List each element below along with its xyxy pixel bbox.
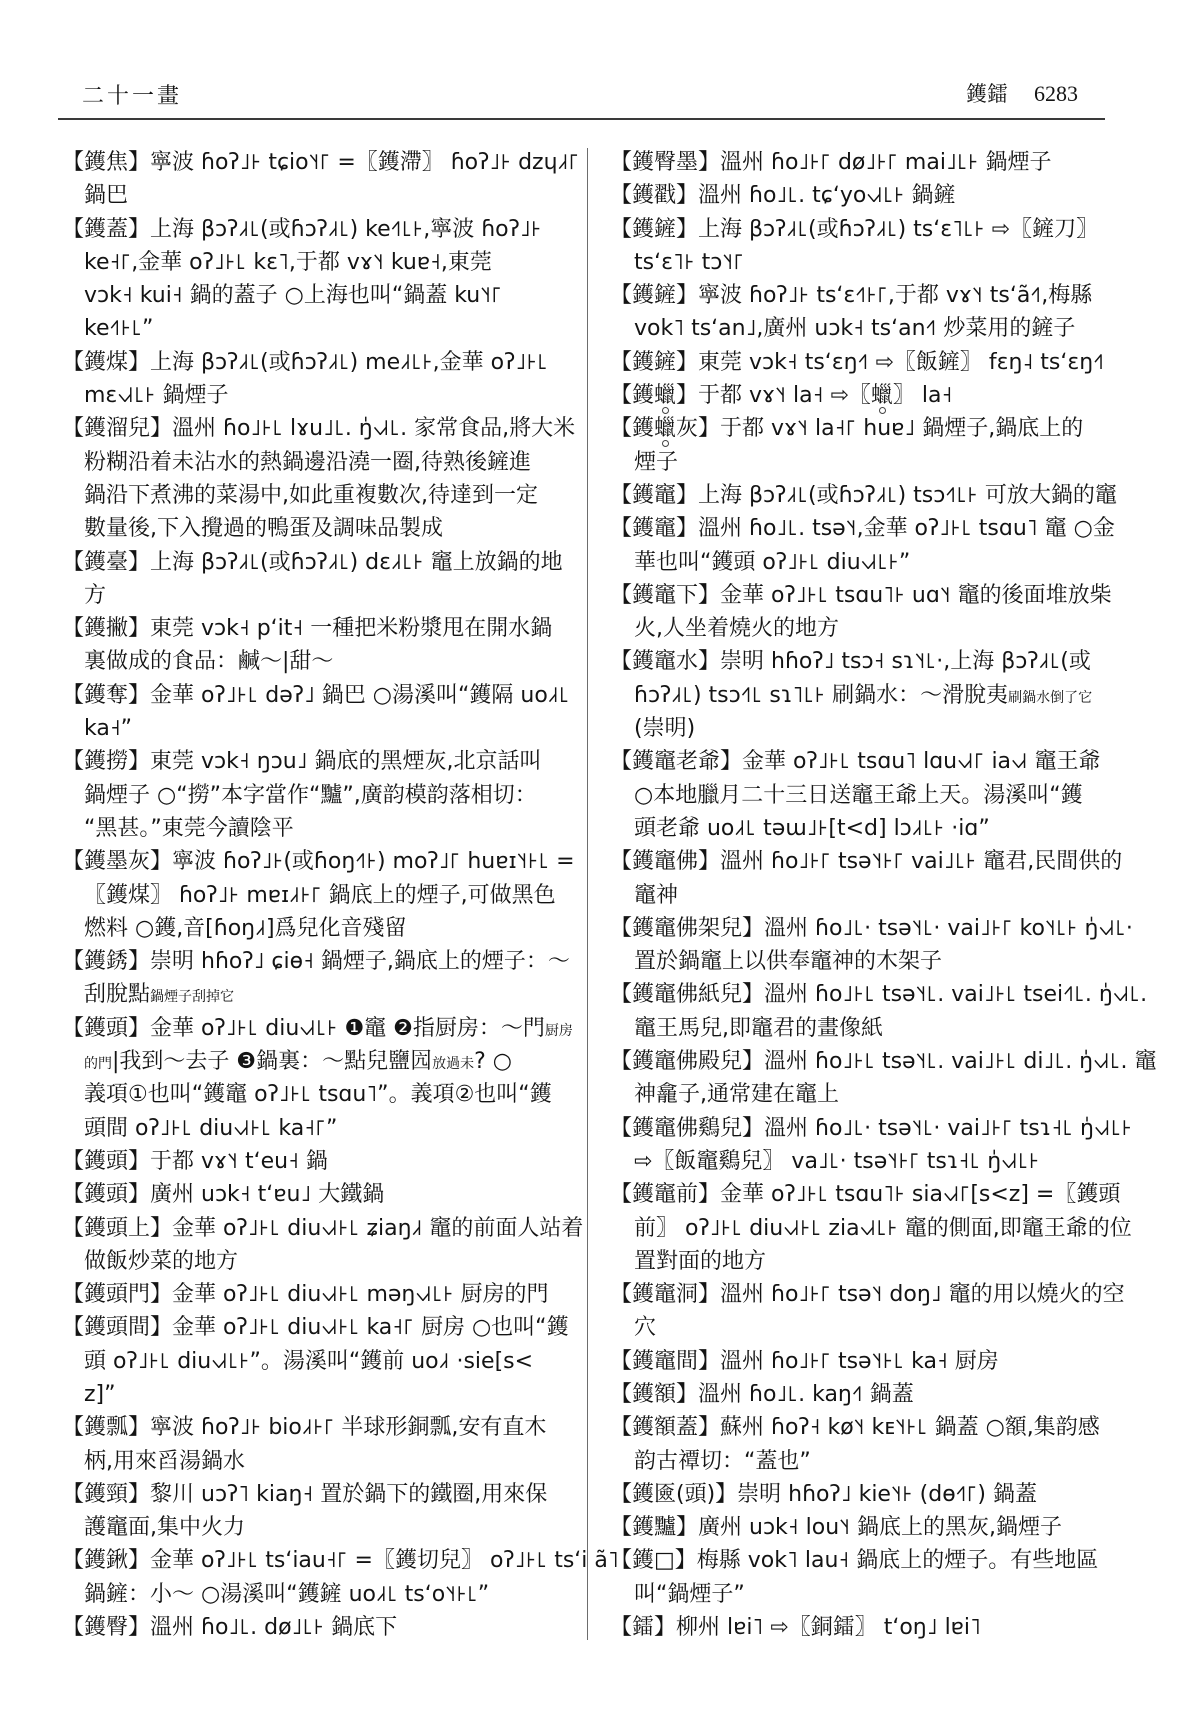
entry-first-line: 【鑊鏟】東莞 vɔk˧ tsʻɛŋ˧˥ ⇨〖飯鏟〗 fɛŋ˨ tsʻɛŋ˧˥: [610, 346, 1130, 379]
entry-headword: 【鑊匳(頭)】: [610, 1482, 737, 1507]
text-run: 于都 vɤ˥˧ la˧ ⇨〖: [698, 383, 871, 408]
dictionary-entry: 【鑊額蓋】蘇州 ɦoʔ˧ kø˥˧ kᴇ˥˧꜔꜖ 鍋蓋 ○額,集韵感韵古禫切：“…: [610, 1411, 1130, 1478]
entry-headword: 【鑊黸】: [610, 1515, 698, 1540]
text-run: 【鑊黸】: [610, 1515, 698, 1540]
entry-first-line: 【鑊戳】溫州 ɦo˩꜖. tɕʻyo˧˩˧꜖꜔ 鍋鏟: [610, 179, 1130, 212]
text-run: 【鑊額】: [610, 1382, 698, 1407]
entry-continuation-line: 頭間 oʔ˩꜔꜖ diu˧˩˧꜔꜖ ka˧꜒”: [62, 1112, 582, 1145]
section-heading-stroke-count: 二十一畫: [82, 83, 182, 111]
text-run: 崇明 hɦoʔ˩ ɕiɵ˧ 鍋煙子,鍋底上的煙子：～: [150, 949, 570, 974]
dictionary-entry: 【鑊煤】上海 βɔʔ˩˧꜖(或ɦɔʔ˩˧꜖) me˩˧꜖꜔,金華 oʔ˩꜔꜖mɛ…: [62, 346, 582, 413]
text-run: 于都 vɤ˥˧ la˧꜒ huɐ˩ 鍋煙子,鍋底上的: [720, 416, 1083, 441]
entry-first-line: 【鑊竈老爺】金華 oʔ˩꜔꜖ tsɑu˥ lɑu˧˩˧꜒ ia˧˩˧ 竈王爺: [610, 745, 1130, 778]
text-run: 寧波 ɦoʔ˩꜔ tsʻɛ˧˥꜔꜒,于都 vɤ˥˧ tsʻã˧˥,梅縣: [698, 283, 1092, 308]
entry-continuation-line: 燃料 ○鑊,音[ɦoŋ˩˧]爲兒化音殘留: [62, 912, 582, 945]
entry-headword: 【鑊戳】: [610, 183, 698, 208]
text-run: 【鑊匳(頭)】: [610, 1482, 737, 1507]
entry-first-line: 【鑊頭】廣州 uɔk˧ tʻɐu˩ 大鐵鍋: [62, 1178, 582, 1211]
entry-continuation-line: 華也叫“鑊頭 oʔ˩꜔꜖ diu˧˩˧꜖꜔”: [610, 546, 1130, 579]
dictionary-entry: 【鑊蠟灰】于都 vɤ˥˧ la˧꜒ huɐ˩ 鍋煙子,鍋底上的煙子: [610, 412, 1130, 479]
right-column: 【鑊臀墨】溫州 ɦo˩꜔꜒ dø˩꜔꜒ mai˩꜖꜔ 鍋煙子【鑊戳】溫州 ɦo˩…: [610, 146, 1130, 1644]
gloss-small-text: 厨房: [545, 1023, 573, 1039]
entry-headword: 【鑊奪】: [62, 683, 150, 708]
entry-continuation-line: 鍋沿下煮沸的菜湯中,如此重複數次,待達到一定: [62, 479, 582, 512]
entry-first-line: 【鑊竈】溫州 ɦo˩꜖. tsə˥˧,金華 oʔ˩꜔꜖ tsɑu˥ 竈 ○金: [610, 512, 1130, 545]
text-run: 【鑊臀】: [62, 1615, 150, 1640]
entry-continuation-line: 神龕子,通常建在竈上: [610, 1078, 1130, 1111]
text-run: 溫州 ɦo˩꜖· tsə˥˧꜖· vai˩꜔꜒ ko˥˧꜖꜔ ŋ̍˧˩˧꜖·: [764, 916, 1133, 941]
dictionary-entry: 【鑊鍬】金華 oʔ˩꜔꜖ tsʻiau˧꜒ =〖鑊切兒〗 oʔ˩꜔꜖ tsʻi …: [62, 1544, 582, 1611]
text-run: 金華 oʔ˩꜔꜖ diu˧˩˧꜔꜖ ka˧꜒ 厨房 ○也叫“鑊: [172, 1315, 569, 1340]
text-run: 溫州 ɦo˩꜔꜒ tsə˥˧꜔꜖ ka˧ 厨房: [720, 1349, 999, 1374]
text-run: 【鑊瓢】: [62, 1415, 150, 1440]
dictionary-entry: 【鑊竈老爺】金華 oʔ˩꜔꜖ tsɑu˥ lɑu˧˩˧꜒ ia˧˩˧ 竈王爺○本…: [610, 745, 1130, 845]
entry-headword: 【鑊撇】: [62, 616, 150, 641]
gloss-small-text: 放過未: [432, 1056, 474, 1072]
entry-continuation-line: 粉糊沿着未沾水的熱鍋邊沿澆一圈,待熟後鏟進: [62, 446, 582, 479]
entry-headword: 【鑊竈老爺】: [610, 749, 742, 774]
text-run: 【鑊銹】: [62, 949, 150, 974]
dictionary-entry: 【鑊臀】溫州 ɦo˩꜖. dø˩꜖꜔ 鍋底下: [62, 1611, 582, 1644]
dictionary-entry: 【鑊頭】金華 oʔ˩꜔꜖ diu˧˩˧꜖꜔ ❶竈 ❷指厨房：～門厨房的門|我到～…: [62, 1012, 582, 1145]
text-run: ? ○: [474, 1049, 512, 1074]
entry-headword: 【鑊臺】: [62, 550, 150, 575]
entry-first-line: 【鑊瓢】寧波 ɦoʔ˩꜔ bio˩˧꜔꜒ 半球形銅瓢,安有直木: [62, 1411, 582, 1444]
text-run: 柄,用來舀湯鍋水: [84, 1449, 245, 1474]
entry-continuation-line: (崇明): [610, 712, 1130, 745]
entry-first-line: 【鑊墨灰】寧波 ɦoʔ˩꜔(或ɦoŋ˧˥꜔) moʔ˩꜒ huɐɪ˥˧꜔꜖ =: [62, 845, 582, 878]
entry-continuation-line: 方: [62, 579, 582, 612]
entry-continuation-line: ɦɔʔ˩˧꜖) tsɔ˧˥꜖ sɿ˥꜖꜔ 刷鍋水：～滑脫夷刷鍋水倒了它: [610, 679, 1130, 712]
dictionary-entry: 【鑊鏟】寧波 ɦoʔ˩꜔ tsʻɛ˧˥꜔꜒,于都 vɤ˥˧ tsʻã˧˥,梅縣v…: [610, 279, 1130, 346]
entry-headword: 【鑊竈】: [610, 483, 698, 508]
text-run: 廣州 uɔk˧ tʻɐu˩ 大鐵鍋: [150, 1182, 384, 1207]
dictionary-entry: 【鑊竈水】崇明 hɦoʔ˩ tsɔ˧ sɿ˥˧꜖·,上海 βɔʔ˩˧꜖(或ɦɔʔ…: [610, 645, 1130, 745]
entry-continuation-line: ⇨〖飯竈鷄兒〗 va˩꜖· tsə˥˧꜔꜒ tsɿ˧꜖ ŋ̍˧˩˧꜖꜔: [610, 1145, 1130, 1178]
text-run: 鍋煙子 ○“撈”本字當作“黸”,廣韵模韵落相切：: [84, 783, 537, 808]
entry-first-line: 【鑊竈佛殿兒】溫州 ɦo˩꜔꜖ tsə˥˧꜖. vai˩꜔꜖ di˩꜖. ŋ̍˧…: [610, 1045, 1130, 1078]
entry-first-line: 【鑊□】梅縣 vok˥ lau˧ 鍋底上的煙子。有些地區: [610, 1544, 1130, 1577]
entry-headword: 【鑊額蓋】: [610, 1415, 720, 1440]
text-run: 溫州 ɦo˩꜔꜖ tsə˥˧꜖. vai˩꜔꜖ tsei˧˥꜖. ŋ̍˧˩˧꜖.: [764, 982, 1147, 1007]
entry-headword: 【鑊□】: [610, 1548, 697, 1573]
text-run: 韵古禫切：“蓋也”: [634, 1449, 811, 1474]
entry-continuation-line: ke˧˥꜔꜖”: [62, 312, 582, 345]
entry-first-line: 【鑊鏟】上海 βɔʔ˩˧꜖(或ɦɔʔ˩˧꜖) tsʻɛ˥꜖꜔ ⇨〖鏟刀〗: [610, 213, 1130, 246]
dictionary-entry: 【鑊竈洞】溫州 ɦo˩꜔꜒ tsə˥˧ doŋ˩ 竈的用以燒火的空穴: [610, 1278, 1130, 1345]
entry-headword: 【鑊竈佛】: [610, 849, 720, 874]
dictionary-entry: 【鑊頭上】金華 oʔ˩꜔꜖ diu˧˩˧꜔꜖ ʑiaŋ˩˧ 竈的前面人站着做飯炒…: [62, 1212, 582, 1279]
entry-headword: 【鑊竈前】: [610, 1182, 720, 1207]
entry-continuation-line: 〖鑊煤〗 ɦoʔ˩꜔ mɐɪ˩˧꜔꜒ 鍋底上的煙子,可做黑色: [62, 879, 582, 912]
text-run: 【鑊□】: [610, 1548, 697, 1573]
entry-headword: 【鑊蠟灰】: [610, 416, 720, 441]
entry-headword: 【鑊鏟】: [610, 217, 698, 242]
gloss-small-text: 鍋煙子刮掉它: [150, 989, 234, 1005]
dictionary-entry: 【鑊黸】廣州 uɔk˧ lou˥˧ 鍋底上的黑灰,鍋煙子: [610, 1511, 1130, 1544]
dictionary-entry: 【鑊頭間】金華 oʔ˩꜔꜖ diu˧˩˧꜔꜖ ka˧꜒ 厨房 ○也叫“鑊頭 oʔ…: [62, 1311, 582, 1411]
entry-continuation-line: 穴: [610, 1311, 1130, 1344]
text-run: 〗 la˧: [893, 383, 952, 408]
entry-first-line: 【鑊黸】廣州 uɔk˧ lou˥˧ 鍋底上的黑灰,鍋煙子: [610, 1511, 1130, 1544]
text-run: 溫州 ɦo˩꜔꜒ tsə˥˧ doŋ˩ 竈的用以燒火的空: [720, 1282, 1125, 1307]
text-run: 溫州 ɦo˩꜖. tɕʻyo˧˩˧꜖꜔ 鍋鏟: [698, 183, 955, 208]
entry-first-line: 【鑊蓋】上海 βɔʔ˩˧꜖(或ɦɔʔ˩˧꜖) ke˧˥꜖꜔,寧波 ɦoʔ˩꜔: [62, 213, 582, 246]
entry-continuation-line: 鍋巴: [62, 179, 582, 212]
text-run: 【鑊鏟】: [610, 283, 698, 308]
dictionary-entry: 【鑊頸】黎川 uɔʔ˥ kiaŋ˧ 置於鍋下的鐵圈,用來保護竈面,集中火力: [62, 1478, 582, 1545]
text-run: 【鑊撈】: [62, 749, 150, 774]
entry-continuation-line: vɔk˧ kui˧ 鍋的蓋子 ○上海也叫“鍋蓋 ku˥˧꜒: [62, 279, 582, 312]
entry-headword: 【鑊臀】: [62, 1615, 150, 1640]
dictionary-entry: 【鑊溜兒】溫州 ɦo˩꜔꜖ lɤu˩꜖. ŋ̍˧˩˧꜖. 家常食品,將大米粉糊沿…: [62, 412, 582, 545]
entry-continuation-line: 置對面的地方: [610, 1245, 1130, 1278]
entry-headword: 【鑊竈洞】: [610, 1282, 720, 1307]
entry-headword: 【鑊煤】: [62, 350, 150, 375]
entry-first-line: 【鑊頭】于都 vɤ˥˧ tʻeu˧ 鍋: [62, 1145, 582, 1178]
entry-headword: 【鑊鏟】: [610, 350, 698, 375]
dictionary-entry: 【鑊瓢】寧波 ɦoʔ˩꜔ bio˩˧꜔꜒ 半球形銅瓢,安有直木柄,用來舀湯鍋水: [62, 1411, 582, 1478]
text-run: 灰】: [676, 416, 720, 441]
dictionary-entry: 【鑊竈】上海 βɔʔ˩˧꜖(或ɦɔʔ˩˧꜖) tsɔ˧˥꜖꜔ 可放大鍋的竈: [610, 479, 1130, 512]
text-run: ke˧˥꜔꜖”: [84, 316, 153, 341]
text-run: 金華 oʔ˩꜔꜖ tsʻiau˧꜒ =〖鑊切兒〗 oʔ˩꜔꜖ tsʻi ã˥: [150, 1548, 619, 1573]
text-run: ⇨〖飯竈鷄兒〗 va˩꜖· tsə˥˧꜔꜒ tsɿ˧꜖ ŋ̍˧˩˧꜖꜔: [634, 1149, 1039, 1174]
char-with-circle-mark: 蠟: [654, 412, 676, 445]
entry-headword: 【鑊竈間】: [610, 1349, 720, 1374]
text-run: 溫州 ɦo˩꜖· tsə˥˧꜖· vai˩꜔꜒ tsɿ˧꜖ ŋ̍˧˩˧꜖꜔: [764, 1116, 1132, 1141]
left-column: 【鑊焦】寧波 ɦoʔ˩꜔ tɕio˥˧꜒ =〖鑊滯〗 ɦoʔ˩꜔ dzɥ˩˧꜒鍋…: [62, 146, 582, 1644]
entry-continuation-line: 煙子: [610, 446, 1130, 479]
text-run: 上海 βɔʔ˩˧꜖(或ɦɔʔ˩˧꜖) tsɔ˧˥꜖꜔ 可放大鍋的竈: [698, 483, 1117, 508]
entry-continuation-line: “黑甚。”東莞今讀陰平: [62, 812, 582, 845]
text-run: 崇明 hɦoʔ˩ tsɔ˧ sɿ˥˧꜖·,上海 βɔʔ˩˧꜖(或: [720, 649, 1091, 674]
text-run: 【鑊煤】: [62, 350, 150, 375]
text-run: 頭老爺 uo˩˧꜖ təɯ˩꜔[t<d] lɔ˩˧꜖꜔ ·iɑ”: [634, 816, 990, 841]
dictionary-entry: 【鑊□】梅縣 vok˥ lau˧ 鍋底上的煙子。有些地區叫“鍋煙子”: [610, 1544, 1130, 1611]
text-run: vɔk˧ kui˧ 鍋的蓋子 ○上海也叫“鍋蓋 ku˥˧꜒: [84, 283, 502, 308]
dictionary-entry: 【鑊奪】金華 oʔ˩꜔꜖ dəʔ˩ 鍋巴 ○湯溪叫“鑊隔 uo˩˧꜖ka˧”: [62, 679, 582, 746]
text-run: 梅縣 vok˥ lau˧ 鍋底上的煙子。有些地區: [697, 1548, 1098, 1573]
text-run: 【鑊竈洞】: [610, 1282, 720, 1307]
entry-first-line: 【鑊頭門】金華 oʔ˩꜔꜖ diu˧˩˧꜔꜖ məŋ˧˩˧꜖꜔ 厨房的門: [62, 1278, 582, 1311]
text-run: 【鑊鍬】: [62, 1548, 150, 1573]
entry-first-line: 【鑊溜兒】溫州 ɦo˩꜔꜖ lɤu˩꜖. ŋ̍˧˩˧꜖. 家常食品,將大米: [62, 412, 582, 445]
text-run: 頭間 oʔ˩꜔꜖ diu˧˩˧꜔꜖ ka˧꜒”: [84, 1116, 337, 1141]
dictionary-entry: 【鑊鏟】上海 βɔʔ˩˧꜖(或ɦɔʔ˩˧꜖) tsʻɛ˥꜖꜔ ⇨〖鏟刀〗tsʻɛ…: [610, 213, 1130, 280]
entry-first-line: 【鑊竈佛】溫州 ɦo˩꜔꜒ tsə˥˧꜔꜒ vai˩꜖꜔ 竈君,民間供的: [610, 845, 1130, 878]
text-run: 寧波 ɦoʔ˩꜔(或ɦoŋ˧˥꜔) moʔ˩꜒ huɐɪ˥˧꜔꜖ =: [172, 849, 575, 874]
entry-first-line: 【鑊鏟】寧波 ɦoʔ˩꜔ tsʻɛ˧˥꜔꜒,于都 vɤ˥˧ tsʻã˧˥,梅縣: [610, 279, 1130, 312]
entry-first-line: 【鑊臀墨】溫州 ɦo˩꜔꜒ dø˩꜔꜒ mai˩꜖꜔ 鍋煙子: [610, 146, 1130, 179]
entry-first-line: 【鑊竈】上海 βɔʔ˩˧꜖(或ɦɔʔ˩˧꜖) tsɔ˧˥꜖꜔ 可放大鍋的竈: [610, 479, 1130, 512]
entry-continuation-line: 刮脫點鍋煙子刮掉它: [62, 978, 582, 1011]
text-run: 【鑊額蓋】: [610, 1415, 720, 1440]
dictionary-entry: 【鑊竈間】溫州 ɦo˩꜔꜒ tsə˥˧꜔꜖ ka˧ 厨房: [610, 1345, 1130, 1378]
text-run: 寧波 ɦoʔ˩꜔ tɕio˥˧꜒ =〖鑊滯〗 ɦoʔ˩꜔ dzɥ˩˧꜒: [150, 150, 579, 175]
text-run: 煙子: [634, 450, 678, 475]
text-run: 【鑊鏟】: [610, 350, 698, 375]
gloss-small-text: 刷鍋水倒了它: [1008, 690, 1092, 706]
dictionary-entry: 【鑊竈佛鷄兒】溫州 ɦo˩꜖· tsə˥˧꜖· vai˩꜔꜒ tsɿ˧꜖ ŋ̍˧…: [610, 1112, 1130, 1179]
text-run: 【鐳】: [610, 1615, 676, 1640]
dictionary-entry: 【鑊竈】溫州 ɦo˩꜖. tsə˥˧,金華 oʔ˩꜔꜖ tsɑu˥ 竈 ○金華也…: [610, 512, 1130, 579]
dictionary-entry: 【鑊銹】崇明 hɦoʔ˩ ɕiɵ˧ 鍋煙子,鍋底上的煙子：～刮脫點鍋煙子刮掉它: [62, 945, 582, 1012]
entry-headword: 【鑊頭】: [62, 1016, 150, 1041]
text-run: 【鑊竈佛殿兒】: [610, 1049, 764, 1074]
entry-continuation-line: 數量後,下入攪過的鴨蛋及調味品製成: [62, 512, 582, 545]
text-run: 上海 βɔʔ˩˧꜖(或ɦɔʔ˩˧꜖) me˩˧꜖꜔,金華 oʔ˩꜔꜖: [150, 350, 548, 375]
dictionary-entry: 【鑊竈下】金華 oʔ˩꜔꜖ tsɑu˥꜔ uɑ˥˧ 竈的後面堆放柴火,人坐着燒火…: [610, 579, 1130, 646]
entry-first-line: 【鑊煤】上海 βɔʔ˩˧꜖(或ɦɔʔ˩˧꜖) me˩˧꜖꜔,金華 oʔ˩꜔꜖: [62, 346, 582, 379]
text-run: tsʻɛ˥꜔ tɔ˥˧꜒: [634, 250, 744, 275]
entry-headword: 【鑊蠟】: [610, 383, 698, 408]
running-header: 鑊鐳6283: [966, 80, 1078, 108]
dictionary-entry: 【鑊頭】于都 vɤ˥˧ tʻeu˧ 鍋: [62, 1145, 582, 1178]
entry-continuation-line: 的門|我到～去子 ❸鍋裏：～點兒鹽囥放過未? ○: [62, 1045, 582, 1078]
entry-headword: 【鑊竈下】: [610, 583, 720, 608]
text-run: 【鑊焦】: [62, 150, 150, 175]
text-run: 金華 oʔ˩꜔꜖ diu˧˩˧꜔꜖ ʑiaŋ˩˧ 竈的前面人站着: [172, 1216, 583, 1241]
text-run: 溫州 ɦo˩꜖. dø˩꜖꜔ 鍋底下: [150, 1615, 397, 1640]
entry-first-line: 【鑊竈水】崇明 hɦoʔ˩ tsɔ˧ sɿ˥˧꜖·,上海 βɔʔ˩˧꜖(或: [610, 645, 1130, 678]
entry-first-line: 【鑊竈洞】溫州 ɦo˩꜔꜒ tsə˥˧ doŋ˩ 竈的用以燒火的空: [610, 1278, 1130, 1311]
text-run: 粉糊沿着未沾水的熱鍋邊沿澆一圈,待熟後鏟進: [84, 450, 531, 475]
entry-continuation-line: 頭 oʔ˩꜔꜖ diu˧˩˧꜖꜔”。湯溪叫“鑊前 uo˩˧ ·sie[s<: [62, 1345, 582, 1378]
header-rule-divider: [58, 118, 1105, 120]
text-run: 燃料 ○鑊,音[ɦoŋ˩˧]爲兒化音殘留: [84, 916, 407, 941]
entry-continuation-line: tsʻɛ˥꜔ tɔ˥˧꜒: [610, 246, 1130, 279]
dictionary-entry: 【鑊竈佛架兒】溫州 ɦo˩꜖· tsə˥˧꜖· vai˩꜔꜒ ko˥˧꜖꜔ ŋ̍…: [610, 912, 1130, 979]
entry-first-line: 【鑊頸】黎川 uɔʔ˥ kiaŋ˧ 置於鍋下的鐵圈,用來保: [62, 1478, 582, 1511]
text-run: 【鑊竈老爺】: [610, 749, 742, 774]
text-run: 【鑊竈】: [610, 516, 698, 541]
text-run: 頭 oʔ˩꜔꜖ diu˧˩˧꜖꜔”。湯溪叫“鑊前 uo˩˧ ·sie[s<: [84, 1349, 533, 1374]
dictionary-entry: 【鑊焦】寧波 ɦoʔ˩꜔ tɕio˥˧꜒ =〖鑊滯〗 ɦoʔ˩꜔ dzɥ˩˧꜒鍋…: [62, 146, 582, 213]
page-number: 6283: [1034, 81, 1078, 106]
entry-continuation-line: vok˥ tsʻan˩,廣州 uɔk˧ tsʻan˧˥ 炒菜用的鏟子: [610, 312, 1130, 345]
entry-first-line: 【鑊竈佛紙兒】溫州 ɦo˩꜔꜖ tsə˥˧꜖. vai˩꜔꜖ tsei˧˥꜖. …: [610, 978, 1130, 1011]
entry-headword: 【鑊鏟】: [610, 283, 698, 308]
text-run: 寧波 ɦoʔ˩꜔ bio˩˧꜔꜒ 半球形銅瓢,安有直木: [150, 1415, 546, 1440]
text-run: ke˧꜒,金華 oʔ˩꜔꜖ kɛ˥,于都 vɤ˥˧ kuɐ˧,東莞: [84, 250, 492, 275]
entry-first-line: 【鑊竈佛鷄兒】溫州 ɦo˩꜖· tsə˥˧꜖· vai˩꜔꜒ tsɿ˧꜖ ŋ̍˧…: [610, 1112, 1130, 1145]
entry-headword: 【鑊蓋】: [62, 217, 150, 242]
entry-continuation-line: 置於鍋竈上以供奉竈神的木架子: [610, 945, 1130, 978]
text-run: 神龕子,通常建在竈上: [634, 1082, 839, 1107]
text-run: 鍋沿下煮沸的菜湯中,如此重複數次,待達到一定: [84, 483, 538, 508]
text-run: 東莞 vɔk˧ pʻit˧ 一種把米粉漿甩在開水鍋: [150, 616, 552, 641]
entry-headword: 【鑊頸】: [62, 1482, 150, 1507]
text-run: 【鑊竈】: [610, 483, 698, 508]
entry-headword: 【鑊鍬】: [62, 1548, 150, 1573]
entry-headword: 【鑊竈】: [610, 516, 698, 541]
entry-continuation-line: 竈王馬兒,即竈君的畫像紙: [610, 1012, 1130, 1045]
text-run: 裏做成的食品：鹹～|甜～: [84, 649, 333, 674]
text-run: 【鑊頸】: [62, 1482, 150, 1507]
text-run: 金華 oʔ˩꜔꜖ tsɑu˥꜔ uɑ˥˧ 竈的後面堆放柴: [720, 583, 1112, 608]
entry-first-line: 【鑊焦】寧波 ɦoʔ˩꜔ tɕio˥˧꜒ =〖鑊滯〗 ɦoʔ˩꜔ dzɥ˩˧꜒: [62, 146, 582, 179]
text-run: 【鑊頭】: [62, 1182, 150, 1207]
text-run: 上海 βɔʔ˩˧꜖(或ɦɔʔ˩˧꜖) ke˧˥꜖꜔,寧波 ɦoʔ˩꜔: [150, 217, 542, 242]
dictionary-entry: 【鑊額】溫州 ɦo˩꜖. kaŋ˧˥ 鍋蓋: [610, 1378, 1130, 1411]
dictionary-entry: 【鑊鏟】東莞 vɔk˧ tsʻɛŋ˧˥ ⇨〖飯鏟〗 fɛŋ˨ tsʻɛŋ˧˥: [610, 346, 1130, 379]
text-run: (崇明): [634, 716, 695, 741]
entry-continuation-line: z]”: [62, 1378, 582, 1411]
text-run: 溫州 ɦo˩꜔꜒ tsə˥˧꜔꜒ vai˩꜖꜔ 竈君,民間供的: [720, 849, 1122, 874]
entry-headword: 【鑊頭間】: [62, 1315, 172, 1340]
entry-headword: 【鑊額】: [610, 1382, 698, 1407]
entry-first-line: 【鑊匳(頭)】崇明 hɦoʔ˩ kie˥˧꜔ (dɵ˧˥꜒) 鍋蓋: [610, 1478, 1130, 1511]
text-run: ka˧”: [84, 716, 132, 741]
entry-first-line: 【鑊竈下】金華 oʔ˩꜔꜖ tsɑu˥꜔ uɑ˥˧ 竈的後面堆放柴: [610, 579, 1130, 612]
entry-continuation-line: 柄,用來舀湯鍋水: [62, 1445, 582, 1478]
entry-continuation-line: 做飯炒菜的地方: [62, 1245, 582, 1278]
text-run: 鍋鏟：小～ ○湯溪叫“鑊鏟 uo˩˧꜖ tsʻo˥˧꜔꜖”: [84, 1582, 489, 1607]
entry-headword: 【鑊墨灰】: [62, 849, 172, 874]
text-run: ○本地臘月二十三日送竈王爺上天。湯溪叫“鑊: [634, 783, 1083, 808]
text-run: 刮脫點: [84, 982, 150, 1007]
entry-continuation-line: ka˧”: [62, 712, 582, 745]
entry-continuation-line: 裏做成的食品：鹹～|甜～: [62, 645, 582, 678]
entry-first-line: 【鑊竈佛架兒】溫州 ɦo˩꜖· tsə˥˧꜖· vai˩꜔꜒ ko˥˧꜖꜔ ŋ̍…: [610, 912, 1130, 945]
dictionary-entry: 【鑊撈】東莞 vɔk˧ ŋɔu˩ 鍋底的黑煙灰,北京話叫鍋煙子 ○“撈”本字當作…: [62, 745, 582, 845]
text-run: 金華 oʔ˩꜔꜖ tsɑu˥ lɑu˧˩˧꜒ ia˧˩˧ 竈王爺: [742, 749, 1101, 774]
entry-headword: 【鑊竈佛殿兒】: [610, 1049, 764, 1074]
text-run: 數量後,下入攪過的鴨蛋及調味品製成: [84, 516, 443, 541]
text-run: 金華 oʔ˩꜔꜖ diu˧˩˧꜖꜔ ❶竈 ❷指厨房：～門: [150, 1016, 545, 1041]
dictionary-entry: 【鑊臀墨】溫州 ɦo˩꜔꜒ dø˩꜔꜒ mai˩꜖꜔ 鍋煙子: [610, 146, 1130, 179]
entry-headword: 【鑊頭上】: [62, 1216, 172, 1241]
text-run: 金華 oʔ˩꜔꜖ diu˧˩˧꜔꜖ məŋ˧˩˧꜖꜔ 厨房的門: [172, 1282, 549, 1307]
dictionary-entry: 【鑊竈佛】溫州 ɦo˩꜔꜒ tsə˥˧꜔꜒ vai˩꜖꜔ 竈君,民間供的竈神: [610, 845, 1130, 912]
entry-first-line: 【鑊臺】上海 βɔʔ˩˧꜖(或ɦɔʔ˩˧꜖) dɛ˩˧꜖꜔ 竈上放鍋的地: [62, 546, 582, 579]
text-run: 華也叫“鑊頭 oʔ˩꜔꜖ diu˧˩˧꜖꜔”: [634, 550, 910, 575]
entry-continuation-line: 義項①也叫“鑊竈 oʔ˩꜔꜖ tsɑu˥”。義項②也叫“鑊: [62, 1078, 582, 1111]
text-run: 金華 oʔ˩꜔꜖ dəʔ˩ 鍋巴 ○湯溪叫“鑊隔 uo˩˧꜖: [150, 683, 569, 708]
dictionary-entry: 【鑊戳】溫州 ɦo˩꜖. tɕʻyo˧˩˧꜖꜔ 鍋鏟: [610, 179, 1130, 212]
dictionary-entry: 【鑊竈前】金華 oʔ˩꜔꜖ tsɑu˥꜔ sia˧˩˧꜒[s<z] =〖鑊頭前〗…: [610, 1178, 1130, 1278]
entry-first-line: 【鑊撇】東莞 vɔk˧ pʻit˧ 一種把米粉漿甩在開水鍋: [62, 612, 582, 645]
text-run: 義項①也叫“鑊竈 oʔ˩꜔꜖ tsɑu˥”。義項②也叫“鑊: [84, 1082, 552, 1107]
text-run: 溫州 ɦo˩꜔꜖ tsə˥˧꜖. vai˩꜔꜖ di˩꜖. ŋ̍˧˩˧꜖. 竈: [764, 1049, 1156, 1074]
text-run: 【鑊頭門】: [62, 1282, 172, 1307]
text-run: 【鑊頭間】: [62, 1315, 172, 1340]
text-run: z]”: [84, 1382, 116, 1407]
char-with-circle-mark: 蠟: [654, 379, 676, 412]
text-run: “黑甚。”東莞今讀陰平: [84, 816, 294, 841]
text-run: 置對面的地方: [634, 1249, 766, 1274]
entry-first-line: 【鑊頭上】金華 oʔ˩꜔꜖ diu˧˩˧꜔꜖ ʑiaŋ˩˧ 竈的前面人站着: [62, 1212, 582, 1245]
dictionary-entry: 【鐳】柳州 lɐi˥ ⇨〖銅鐳〗 tʻoŋ˩ lɐi˥: [610, 1611, 1130, 1644]
dictionary-entry: 【鑊頭】廣州 uɔk˧ tʻɐu˩ 大鐵鍋: [62, 1178, 582, 1211]
dictionary-entry: 【鑊蓋】上海 βɔʔ˩˧꜖(或ɦɔʔ˩˧꜖) ke˧˥꜖꜔,寧波 ɦoʔ˩꜔ke…: [62, 213, 582, 346]
entry-headword: 【鑊撈】: [62, 749, 150, 774]
entry-headword: 【鑊竈佛鷄兒】: [610, 1116, 764, 1141]
text-run: 竈神: [634, 883, 678, 908]
running-head-characters: 鑊鐳: [966, 82, 1008, 106]
entry-headword: 【鑊銹】: [62, 949, 150, 974]
text-run: 【鑊奪】: [62, 683, 150, 708]
text-run: 東莞 vɔk˧ ŋɔu˩ 鍋底的黑煙灰,北京話叫: [150, 749, 542, 774]
text-run: 蘇州 ɦoʔ˧ kø˥˧ kᴇ˥˧꜔꜖ 鍋蓋 ○額,集韵感: [720, 1415, 1100, 1440]
entry-first-line: 【鑊額蓋】蘇州 ɦoʔ˧ kø˥˧ kᴇ˥˧꜔꜖ 鍋蓋 ○額,集韵感: [610, 1411, 1130, 1444]
text-run: mɛ˧˩˧꜖꜔ 鍋煙子: [84, 383, 229, 408]
dictionary-entry: 【鑊匳(頭)】崇明 hɦoʔ˩ kie˥˧꜔ (dɵ˧˥꜒) 鍋蓋: [610, 1478, 1130, 1511]
text-run: 【鑊: [610, 383, 654, 408]
dictionary-entry: 【鑊竈佛紙兒】溫州 ɦo˩꜔꜖ tsə˥˧꜖. vai˩꜔꜖ tsei˧˥꜖. …: [610, 978, 1130, 1045]
text-run: 【鑊竈佛】: [610, 849, 720, 874]
text-run: 【鑊竈前】: [610, 1182, 720, 1207]
entry-headword: 【鑊溜兒】: [62, 416, 172, 441]
text-run: 廣州 uɔk˧ lou˥˧ 鍋底上的黑灰,鍋煙子: [698, 1515, 1062, 1540]
text-run: 火,人坐着燒火的地方: [634, 616, 839, 641]
text-run: 金華 oʔ˩꜔꜖ tsɑu˥꜔ sia˧˩˧꜒[s<z] =〖鑊頭: [720, 1182, 1120, 1207]
text-run: 【鑊溜兒】: [62, 416, 172, 441]
entry-first-line: 【鐳】柳州 lɐi˥ ⇨〖銅鐳〗 tʻoŋ˩ lɐi˥: [610, 1611, 1130, 1644]
entry-continuation-line: ke˧꜒,金華 oʔ˩꜔꜖ kɛ˥,于都 vɤ˥˧ kuɐ˧,東莞: [62, 246, 582, 279]
text-run: 崇明 hɦoʔ˩ kie˥˧꜔ (dɵ˧˥꜒) 鍋蓋: [737, 1482, 1037, 1507]
dictionary-entry: 【鑊臺】上海 βɔʔ˩˧꜖(或ɦɔʔ˩˧꜖) dɛ˩˧꜖꜔ 竈上放鍋的地方: [62, 546, 582, 613]
entry-continuation-line: 叫“鍋煙子”: [610, 1578, 1130, 1611]
entry-first-line: 【鑊竈前】金華 oʔ˩꜔꜖ tsɑu˥꜔ sia˧˩˧꜒[s<z] =〖鑊頭: [610, 1178, 1130, 1211]
dictionary-entry: 【鑊竈佛殿兒】溫州 ɦo˩꜔꜖ tsə˥˧꜖. vai˩꜔꜖ di˩꜖. ŋ̍˧…: [610, 1045, 1130, 1112]
entry-continuation-line: 前〗 oʔ˩꜔꜖ diu˧˩˧꜔꜖ zia˧˩˧꜖꜔ 竈的側面,即竈王爺的位: [610, 1212, 1130, 1245]
text-run: 】: [676, 383, 698, 408]
text-run: ɦɔʔ˩˧꜖) tsɔ˧˥꜖ sɿ˥꜖꜔ 刷鍋水：～滑脫夷: [634, 683, 1008, 708]
text-run: 穴: [634, 1315, 656, 1340]
entry-continuation-line: 竈神: [610, 879, 1130, 912]
entry-headword: 【鑊瓢】: [62, 1415, 150, 1440]
dictionary-page: 二十一畫 鑊鐳6283 【鑊焦】寧波 ɦoʔ˩꜔ tɕio˥˧꜒ =〖鑊滯〗 ɦ…: [0, 0, 1200, 1724]
text-run: 黎川 uɔʔ˥ kiaŋ˧ 置於鍋下的鐵圈,用來保: [150, 1482, 547, 1507]
text-run: 前〗 oʔ˩꜔꜖ diu˧˩˧꜔꜖ zia˧˩˧꜖꜔ 竈的側面,即竈王爺的位: [634, 1216, 1132, 1241]
entry-headword: 【鑊頭門】: [62, 1282, 172, 1307]
text-run: 溫州 ɦo˩꜔꜒ dø˩꜔꜒ mai˩꜖꜔ 鍋煙子: [720, 150, 1051, 175]
text-run: 方: [84, 583, 106, 608]
entry-headword: 【鑊竈水】: [610, 649, 720, 674]
dictionary-entry: 【鑊頭門】金華 oʔ˩꜔꜖ diu˧˩˧꜔꜖ məŋ˧˩˧꜖꜔ 厨房的門: [62, 1278, 582, 1311]
dictionary-entry: 【鑊撇】東莞 vɔk˧ pʻit˧ 一種把米粉漿甩在開水鍋裏做成的食品：鹹～|甜…: [62, 612, 582, 679]
text-run: 柳州 lɐi˥ ⇨〖銅鐳〗 tʻoŋ˩ lɐi˥: [676, 1615, 981, 1640]
text-run: 【鑊頭】: [62, 1016, 150, 1041]
text-run: 【鑊竈佛鷄兒】: [610, 1116, 764, 1141]
entry-continuation-line: 火,人坐着燒火的地方: [610, 612, 1130, 645]
entry-first-line: 【鑊額】溫州 ɦo˩꜖. kaŋ˧˥ 鍋蓋: [610, 1378, 1130, 1411]
entry-headword: 【鑊焦】: [62, 150, 150, 175]
text-run: 上海 βɔʔ˩˧꜖(或ɦɔʔ˩˧꜖) dɛ˩˧꜖꜔ 竈上放鍋的地: [150, 550, 563, 575]
text-run: 置於鍋竈上以供奉竈神的木架子: [634, 949, 942, 974]
entry-first-line: 【鑊頭間】金華 oʔ˩꜔꜖ diu˧˩˧꜔꜖ ka˧꜒ 厨房 ○也叫“鑊: [62, 1311, 582, 1344]
text-run: 于都 vɤ˥˧ tʻeu˧ 鍋: [150, 1149, 328, 1174]
entry-headword: 【鑊竈佛紙兒】: [610, 982, 764, 1007]
entry-headword: 【鑊竈佛架兒】: [610, 916, 764, 941]
text-run: 【鑊撇】: [62, 616, 150, 641]
text-run: 【鑊墨灰】: [62, 849, 172, 874]
entry-continuation-line: mɛ˧˩˧꜖꜔ 鍋煙子: [62, 379, 582, 412]
text-run: |我到～去子 ❸鍋裏：～點兒鹽囥: [112, 1049, 432, 1074]
entry-continuation-line: 鍋鏟：小～ ○湯溪叫“鑊鏟 uo˩˧꜖ tsʻo˥˧꜔꜖”: [62, 1578, 582, 1611]
dictionary-entry: 【鑊蠟】于都 vɤ˥˧ la˧ ⇨〖蠟〗 la˧: [610, 379, 1130, 412]
text-run: 【鑊頭】: [62, 1149, 150, 1174]
text-run: vok˥ tsʻan˩,廣州 uɔk˧ tsʻan˧˥ 炒菜用的鏟子: [634, 316, 1075, 341]
text-run: 【鑊竈佛架兒】: [610, 916, 764, 941]
entry-continuation-line: ○本地臘月二十三日送竈王爺上天。湯溪叫“鑊: [610, 779, 1130, 812]
text-run: 溫州 ɦo˩꜔꜖ lɤu˩꜖. ŋ̍˧˩˧꜖. 家常食品,將大米: [172, 416, 575, 441]
entry-continuation-line: 韵古禫切：“蓋也”: [610, 1445, 1130, 1478]
entry-continuation-line: 頭老爺 uo˩˧꜖ təɯ˩꜔[t<d] lɔ˩˧꜖꜔ ·iɑ”: [610, 812, 1130, 845]
entry-first-line: 【鑊銹】崇明 hɦoʔ˩ ɕiɵ˧ 鍋煙子,鍋底上的煙子：～: [62, 945, 582, 978]
